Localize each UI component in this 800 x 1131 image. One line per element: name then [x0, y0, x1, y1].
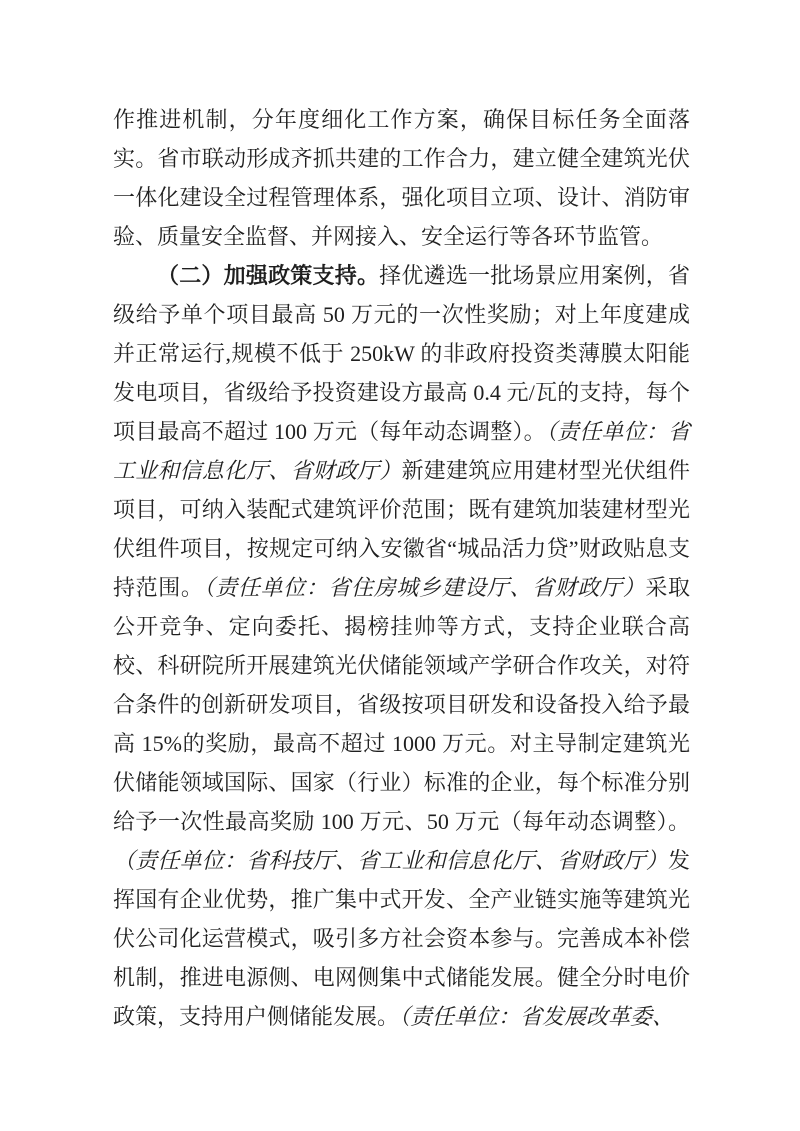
text-run: 采取公开竞争、定向委托、揭榜挂帅等方式，支持企业联合高校、科研院所开展建筑光伏储…	[113, 575, 690, 834]
section-heading: （二）加强政策支持。	[157, 263, 379, 288]
document-page: 作推进机制，分年度细化工作方案，确保目标任务全面落实。省市联动形成齐抓共建的工作…	[0, 0, 800, 1131]
paragraph-continuation: 作推进机制，分年度细化工作方案，确保目标任务全面落实。省市联动形成齐抓共建的工作…	[113, 100, 690, 256]
paragraph-section-2: （二）加强政策支持。择优遴选一批场景应用案例，省级给予单个项目最高 50 万元的…	[113, 256, 690, 1036]
text-run: 发挥国有企业优势，推广集中式开发、全产业链实施等建筑光伏公司化运营模式，吸引多方…	[113, 848, 690, 1029]
responsible-unit-note: （责任单位：省发展改革委、	[399, 1004, 674, 1029]
responsible-unit-note: （责任单位：省科技厅、省工业和信息化厅、省财政厅）	[113, 848, 668, 873]
text-run: 作推进机制，分年度细化工作方案，确保目标任务全面落实。省市联动形成齐抓共建的工作…	[113, 107, 690, 249]
text-run: 择优遴选一批场景应用案例，省级给予单个项目最高 50 万元的一次性奖励；对上年度…	[113, 263, 690, 444]
document-body: 作推进机制，分年度细化工作方案，确保目标任务全面落实。省市联动形成齐抓共建的工作…	[113, 100, 690, 1036]
responsible-unit-note: （责任单位：省住房城乡建设厅、省财政厅）	[204, 575, 646, 600]
